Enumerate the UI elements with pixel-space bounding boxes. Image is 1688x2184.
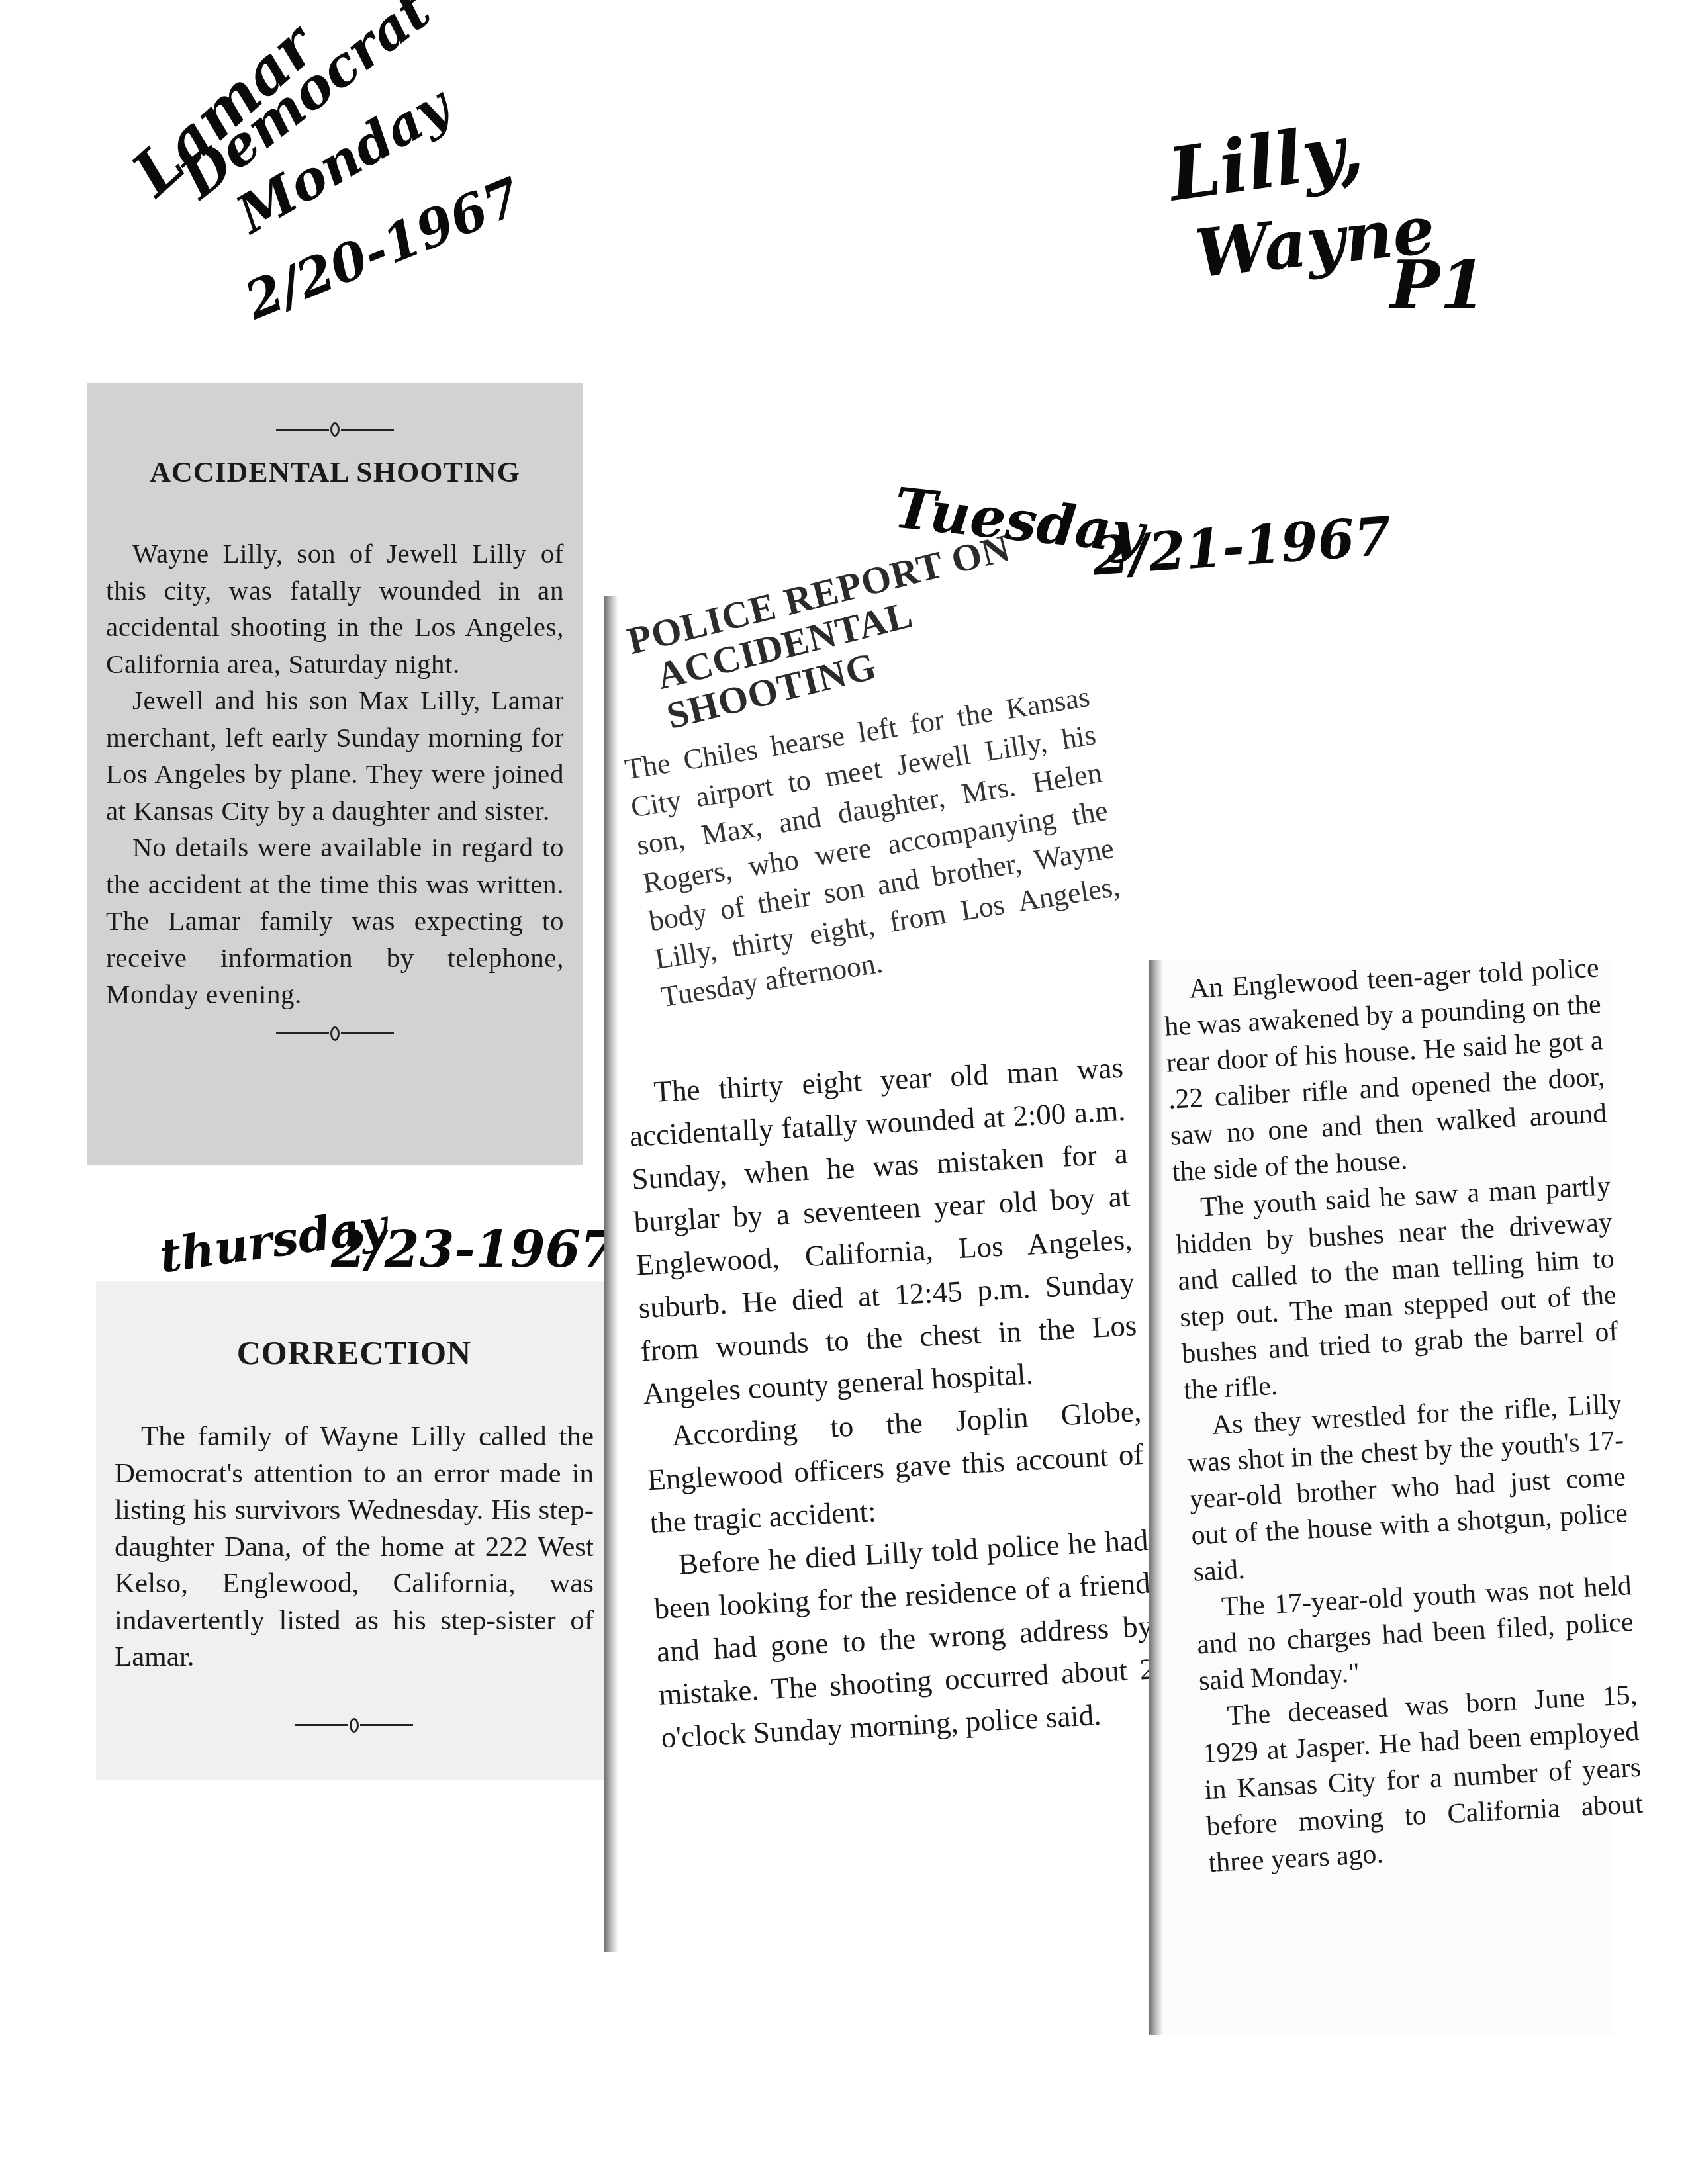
handwritten-date: 2/23-1967 bbox=[331, 1224, 615, 1275]
paragraph: Jewell and his son Max Lilly, Lamar merc… bbox=[106, 682, 564, 829]
clipping-correction: CORRECTION The family of Wayne Lilly cal… bbox=[96, 1281, 612, 1780]
paragraph: The thirty eight year old man was accide… bbox=[626, 1046, 1140, 1416]
paragraph: No details were available in regard to t… bbox=[106, 829, 564, 1013]
clipping-shadow-edge bbox=[604, 596, 618, 1952]
article-body: An Englewood teen-ager told police he wa… bbox=[1162, 950, 1646, 1882]
paragraph: Wayne Lilly, son of Jewell Lilly of this… bbox=[106, 535, 564, 682]
clipping-shadow-edge bbox=[1149, 960, 1163, 2035]
article-body: The family of Wayne Lilly called the Dem… bbox=[115, 1418, 594, 1676]
paragraph: As they wrestled for the rifle, Lilly wa… bbox=[1185, 1387, 1630, 1591]
article-body: The thirty eight year old man was accide… bbox=[626, 1046, 1158, 1760]
clipping-englewood-account: An Englewood teen-ager told police he wa… bbox=[1149, 960, 1612, 2035]
headline: ACCIDENTAL SHOOTING bbox=[106, 455, 564, 489]
ornament-divider bbox=[115, 1715, 594, 1735]
clipping-accidental-shooting: ACCIDENTAL SHOOTING Wayne Lilly, son of … bbox=[87, 383, 583, 1165]
paragraph: The deceased was born June 15, 1929 at J… bbox=[1200, 1677, 1646, 1882]
paragraph: Before he died Lilly told police he had … bbox=[651, 1519, 1158, 1760]
handwritten-source-note: Lamar Democrat Monday 2/20-1967 bbox=[142, 60, 487, 338]
ornament-divider bbox=[106, 1024, 564, 1044]
handwritten-page-number: P1 bbox=[1390, 251, 1486, 318]
headline: CORRECTION bbox=[115, 1334, 594, 1372]
handwritten-date-thursday: thursday 2/23-1967 bbox=[159, 1211, 569, 1284]
paragraph: An Englewood teen-ager told police he wa… bbox=[1162, 950, 1609, 1191]
ornament-divider bbox=[106, 420, 564, 439]
handwritten-surname: Lilly, bbox=[1164, 113, 1368, 212]
paragraph: The family of Wayne Lilly called the Dem… bbox=[115, 1418, 594, 1676]
paragraph: According to the Joplin Globe, Englewood… bbox=[644, 1390, 1147, 1545]
handwritten-subject-note: Lilly, Wayne P1 bbox=[1155, 119, 1460, 331]
clipping-police-report: POLICE REPORT ON ACCIDENTAL SHOOTING The… bbox=[604, 596, 1127, 1952]
article-body: Wayne Lilly, son of Jewell Lilly of this… bbox=[106, 535, 564, 1013]
paragraph: The youth said he saw a man partly hidde… bbox=[1173, 1168, 1620, 1409]
